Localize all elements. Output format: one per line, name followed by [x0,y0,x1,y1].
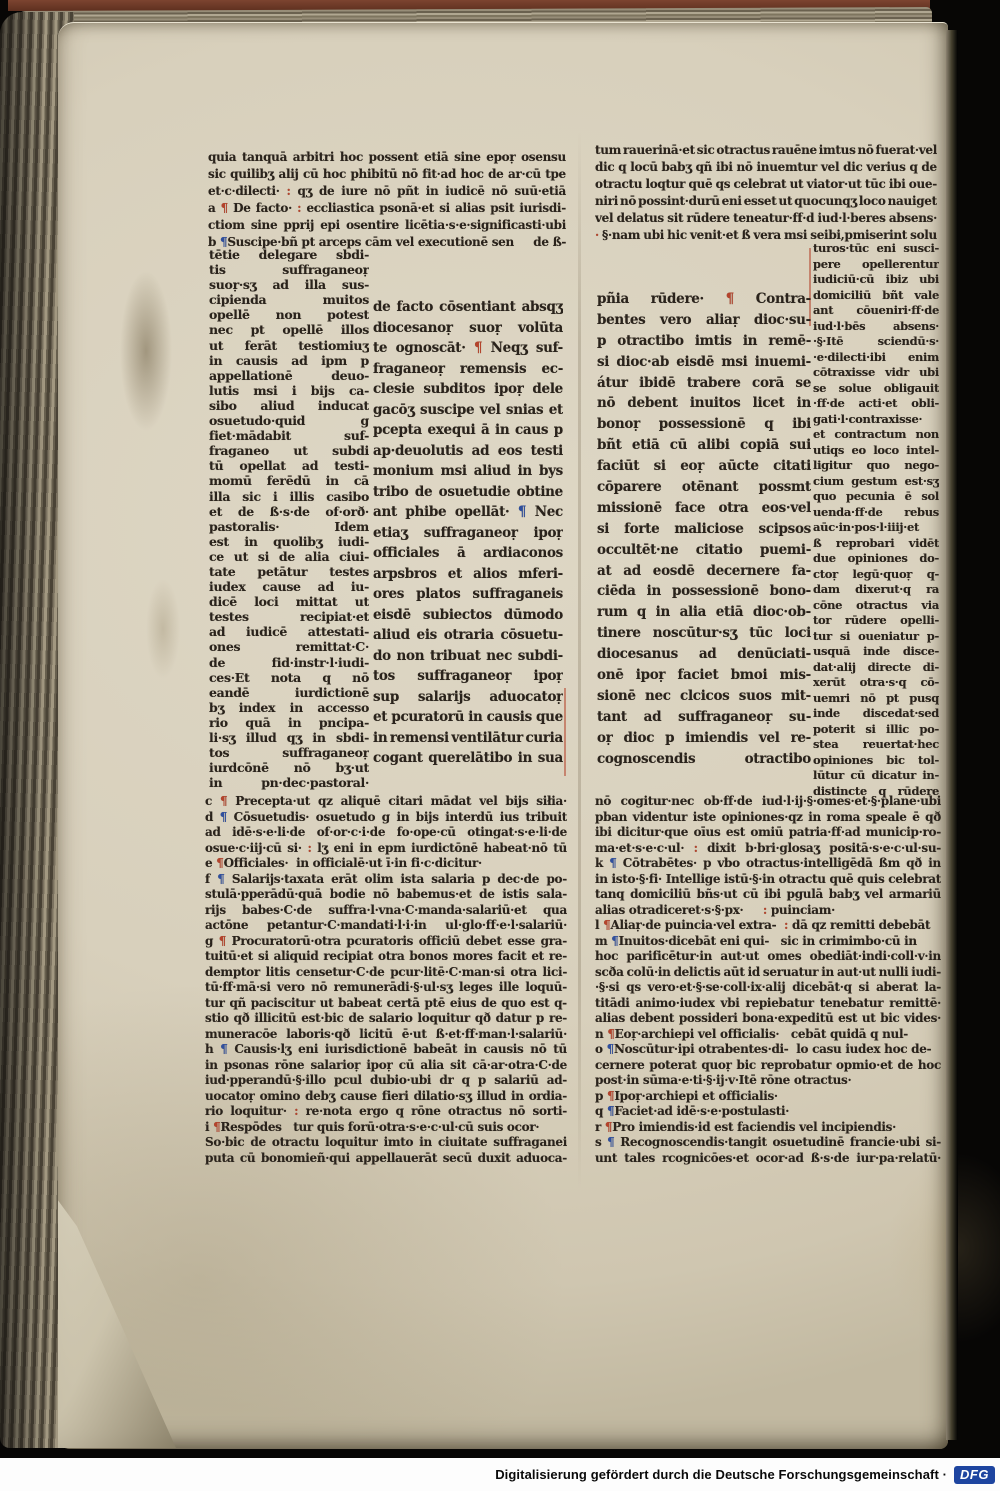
word: bono- [770,581,811,602]
word: q [618,159,626,176]
word: nō [509,1104,525,1120]
text-line: poteritsiillicpo- [813,722,939,738]
text-line: aliudeisotrariacōsuetu- [373,625,563,646]
text-line: sifortemaliciosescipsos [597,519,811,540]
word: denūciati- [737,644,811,665]
word: si [840,629,850,645]
word: iurisdictionē [325,1042,407,1058]
text-line: dueopinionesdo- [813,551,939,567]
word: susci- [903,241,939,257]
word: dioc·ob- [753,602,811,623]
text-line: pastoralis·Idem [209,519,369,534]
text-line: tantadsuffraganeoṛsu- [597,707,811,728]
word: recipiat [323,949,373,965]
word: salariū [494,1073,538,1089]
word: ubi [919,365,939,381]
word: animo·iudex [636,996,715,1012]
word: q- [927,567,939,583]
word: dixerut·q [855,582,911,598]
word: obediāt·indi·coll·v·in [810,949,941,965]
word: iudi- [338,534,369,549]
word: g [205,934,213,950]
text-line: indediscedat·sed [813,706,939,722]
text-segment: Faciet·ad idē·s·e·postulasti· [614,1104,789,1118]
word: loqtur [645,176,685,193]
word: mferi- [518,564,563,585]
text-line: utferāttestiomiuʒ [209,338,369,353]
text-line: p ¶Ipoṛ·archiepi et officialis· [595,1089,941,1105]
text-segment: r [595,1120,605,1134]
word: alias [455,200,485,217]
word: ant [813,303,833,319]
word: imiendis [685,728,748,749]
word: si [258,949,269,965]
word: do- [919,551,939,567]
word: dioc [624,728,655,749]
text-line: i ¶Respōdes tur quis forū·otra·s·e·c·ul·… [205,1120,567,1136]
word: qs [626,980,641,996]
word: vale [914,288,939,304]
word: bona·expeditū [742,1011,833,1027]
word: otra [718,498,748,519]
word: ma·et·s·e·c·ul· [595,841,684,857]
word: tūc [749,623,772,644]
word: tos [209,745,229,760]
text-line: turos·tūcenisusci- [813,241,939,257]
word: iur·pa·relatū· [856,1151,941,1167]
text-line: muneracōelaboris·qðlicitūē·utß·et·ff·man… [205,1027,567,1043]
text-line: etiaʒsuffraganeoṛipoṛ [373,523,563,544]
word: eo [852,443,866,459]
word: qñ [696,159,713,176]
text-line: d¶Cōsuetudis·osuetudoginbijsinterdūiustr… [205,810,567,826]
word: causis [487,707,532,728]
word: in [359,841,372,857]
word: accesso [317,700,369,715]
word: speale [866,810,907,826]
word: quolibʒ [273,534,322,549]
text-line: gacōʒsuscipevelsniaset [373,400,563,421]
text-line: inpsonasrōnesalarioṛipoṛcūaliasitcā·ar·o… [205,1058,567,1074]
word: facit [498,949,527,965]
text-line: stioqðillicitūest·bicdesalarioloquiturqð… [205,1011,567,1027]
word: suffraganeoṛ [417,666,511,687]
word: g [361,413,369,428]
word: ligitur [813,458,852,474]
word: tū [553,1042,567,1058]
word: of·or·c·i·de [317,825,386,841]
word: copiā [740,435,779,456]
word: la- [925,980,941,996]
word: si [258,549,269,564]
word: francie·ubi [850,1135,920,1151]
word: aut·ut [720,949,759,965]
word: iurdictionē [295,685,369,700]
word: q [396,1104,404,1120]
word: loquū- [525,980,567,996]
text-segment: Officiales· in officialē·ut ī·in fi·c·di… [224,856,482,870]
word: su- [789,707,811,728]
word: ista [400,872,423,888]
text-line: veldelatussitrūdereteneatur·ff·diud·l·be… [595,210,937,227]
word: pñt [397,183,419,200]
text-segment: n [595,1027,607,1041]
word: etiā [716,602,744,623]
text-line: oṛdiocpimiendisvelre- [597,728,811,749]
word: in- [922,768,939,784]
text-line: tinerenoscūtur·sʒtūcloci [597,623,811,644]
word: arpsbros [373,564,437,585]
word: muitos [323,292,369,307]
word: p [536,1011,544,1027]
word: sorti- [533,1104,567,1120]
word: tuitū·et [205,949,253,965]
word: msi [784,227,807,244]
word: opelli- [900,613,939,629]
text-line: iud·pperandū·§·illopculdubio·ubidrqpsala… [205,1073,567,1089]
word: certā [387,996,420,1012]
word: quia [208,149,236,166]
word: in [743,331,757,352]
word: tor [813,613,831,629]
text-line: post·in sūma·e·ti·§·ij·v·Itē rōne otract… [595,1073,941,1089]
text-line: eisdēsubiectosdūmodo [373,605,563,626]
word: re- [549,1011,567,1027]
word: positā·s·e·c·ul·su- [829,841,941,857]
word: iu- [351,579,369,594]
text-line: stulā·pperādū·quābodienōbabemus·etdeisti… [205,887,567,903]
text-segment: q [595,1104,607,1118]
word: de [349,1011,364,1027]
word: imtis [695,331,732,352]
word: rūdere· [651,289,704,310]
word: puta [205,1151,234,1167]
word: ferāt [245,338,277,353]
word: dūmodo [504,605,563,626]
word: eandē [209,685,249,700]
word: disce- [903,644,939,660]
word: eisdē [676,352,714,373]
word: mittat [296,594,338,609]
word: clesie [373,379,414,400]
word: sine [454,149,480,166]
word: possint·durū [638,193,719,210]
word: litis [266,965,290,981]
word: de [238,504,254,519]
word: eccliastica [306,200,374,217]
word: mores [453,949,493,965]
word: remittē· [889,996,941,1012]
word: in [928,856,941,872]
word: obligauit [884,381,939,397]
text-line: diocesanusaddenūciati- [597,644,811,665]
word: absens· [889,210,937,227]
text-line: sionēnecclcicossuosmit- [597,686,811,707]
word: ē [905,489,912,505]
word: appellauerāt [356,1151,437,1167]
word: bʒ·ut [335,760,369,775]
word: qua [543,903,567,919]
word: snias [506,400,543,421]
word: attestati- [308,624,369,639]
text-line: antphibeopellāt·¶Nec [373,502,563,523]
word: aūcte [719,456,759,477]
text-line: diocesanoṛsuoṛvolūta [373,318,563,339]
word: i [292,383,296,398]
word: tanq [595,887,624,903]
word: testi [531,441,563,462]
word: cause [340,1089,377,1105]
word: muneracōe [205,1027,277,1043]
word: Recognoscendis·tangit [620,1135,767,1151]
word: causis [483,1042,523,1058]
text-segment: Ipoṛ·archiepi et officialis· [614,1089,778,1103]
word: dat·alij [813,660,856,676]
word: ipoṛ [494,379,524,400]
word: reprobatur [761,1058,831,1074]
word: legū·quoṛ [853,567,913,583]
word: suoṛ [469,318,501,339]
word: ubi [643,227,664,244]
word: aliquē [341,794,381,810]
text-line: sidioc·abeisdēmsiinuemi- [597,352,811,373]
word: vel [865,887,883,903]
word: isto·§·fi· [611,872,661,888]
word: aliud [260,398,294,413]
text-line: et·c·dilecti·:qʒdeiurenōpñtiniudicēnōsuū… [208,183,566,200]
text-segment: m [595,934,611,948]
word: eis [417,625,437,646]
word: pcur·litē·C·man·si [390,965,504,981]
word: sit [450,1058,466,1074]
text-segment: alias otradiceret·s·§·px· [595,903,763,917]
text-line: inpn·dec·pastoral· [209,775,369,790]
word: cōsuetu- [500,625,562,646]
word: opiniones·qz [722,810,803,826]
word: aliaṛ [706,310,739,331]
word: in [290,700,303,715]
word: reuertat·hec [863,737,939,753]
word: si [865,722,875,738]
text-line: cōtraxissevidrubi [813,365,939,381]
word: iurisdi- [519,200,565,217]
word: q [764,414,773,435]
word: iud·l·beres [818,210,886,227]
footer-credit-text: Digitalisierung gefördert durch die Deut… [495,1467,947,1482]
word: Cōsuetudis· [234,810,310,826]
word: gra- [541,934,567,950]
word: est [530,996,549,1012]
word: bijs [311,383,335,398]
word: hoc [918,1058,941,1074]
word: in [209,353,222,368]
word: ut [293,443,307,458]
word: titādi [595,996,630,1012]
word: que [536,707,563,728]
word: exequi [428,420,476,441]
word: nō [491,183,507,200]
word: absqʒ [522,297,563,318]
word: vel [595,210,613,227]
word: pastoralis· [209,519,279,534]
text-line: tūopellatadtesti- [209,458,369,473]
word: ar·cū [508,166,541,183]
word: in [244,534,257,549]
word: nego- [904,458,939,474]
text-line: iudexcauseadiu- [209,579,369,594]
text-line: tribodeosuetudieobtine [373,482,563,503]
text-block-bottom-left: c¶Precepta·utqzaliquēcitarimādatvelbijss… [205,794,567,1166]
word: ß·s·de [811,1151,849,1167]
word: et [448,564,462,585]
word: nec [645,686,671,707]
text-line: suoṛ·sʒadillasus- [209,277,369,292]
word: sbdi- [336,730,369,745]
word: cognoscendis [597,749,695,770]
text-line: torrūdereopelli- [813,613,939,629]
word: remensis [460,359,526,380]
word: illic [886,722,909,738]
word: tales [624,1151,655,1167]
word: lici- [543,965,567,981]
word: secū [443,1151,472,1167]
word: videntur [633,810,687,826]
text-line: sesolueobligauit [813,381,939,397]
word: obtine [517,482,563,503]
text-line: unttalesrcognicōes·etocor·adß·s·deiur·pa… [595,1151,941,1167]
word: lūtur [813,768,844,784]
text-line: faciūtsieoṛaūctecitati [597,456,811,477]
word: pere [813,257,841,273]
word: quo [813,489,836,505]
text-line: inisto·§·fi·Intelligeistū·§·inotractuquē… [595,872,941,888]
word: iste [693,810,716,826]
word: ad- [547,1073,567,1089]
word: tis [209,262,226,277]
word: bijs [505,794,528,810]
word: nota [271,670,301,685]
word: gacōʒ [373,400,415,421]
word: re- [549,949,567,965]
word: subiectos [423,605,492,626]
word: rōne [275,1058,305,1074]
text-line: steareuertat·hec [813,737,939,753]
word: oueniatur [858,629,919,645]
word: fraganeo [209,443,269,458]
word: volūta [518,318,563,339]
word: lutis [209,383,239,398]
word: loquitur [325,1135,377,1151]
word: stea [813,737,838,753]
word: illud [246,730,277,745]
text-line: q ¶Faciet·ad idē·s·e·postulasti· [595,1104,941,1120]
word: inuemi- [755,352,811,373]
word: rebus [904,505,939,521]
word: de [373,297,390,318]
rubric-word: · [595,227,599,244]
word: osuetudie [439,482,511,503]
word: si [597,352,609,373]
word: gestum [851,474,897,490]
text-line: s¶Recognoscendis·tangitosuetudinēfrancie… [595,1135,941,1151]
word: oṛ [597,728,613,749]
footer-bar: Digitalisierung gefördert durch die Deut… [0,1458,1000,1491]
word: nō [311,980,327,996]
text-line: iudiciū·cūibizubi [813,272,939,288]
text-line: tū·ff·mā·siveronōremunerādi·§·ul·sʒleges… [205,980,567,996]
text-line: a¶Defacto·:eccliasticapsonā·etsialiaspsi… [208,200,566,217]
text-line: defactocōsentiantabsqʒ [373,297,563,318]
text-line: utiqseolocointel- [813,443,939,459]
word: do [373,646,391,667]
word: tur [813,629,832,645]
word: vidēt [909,536,939,552]
word: ßm [879,856,900,872]
word: debent [627,393,677,414]
text-line: ciēdainpossessionēbono- [597,581,811,602]
word: at [597,561,611,582]
word: ognoscāt· [396,338,466,359]
word: q [322,670,330,685]
word: remē- [768,331,811,352]
word: cōtraxisse [813,365,875,381]
word: illa [305,277,326,292]
word: ad [272,277,288,292]
word: iurdcōnē [209,760,269,775]
word: et [813,427,825,443]
word: celebrat [888,872,941,888]
word: istū·§·in [724,872,775,888]
word: in [468,707,482,728]
word: in [656,602,670,623]
word: dicatur [871,768,916,784]
word: diocesanus [597,644,678,665]
word: ctiom [208,217,245,234]
text-line: gati·l·contraxisse· [813,412,939,428]
word: iud·l·ij·§·omes·et·§·plane·ubi [762,794,941,810]
word: si [439,200,450,217]
text-line: onesremittat·C· [209,639,369,654]
word: fieri [382,1089,409,1105]
word: salarioṛ [311,1058,361,1074]
word: est·sʒ [905,474,939,490]
word: tinere [597,623,641,644]
word: of·orð· [325,504,369,519]
word: uenda·ff·de [813,505,883,521]
word: sic [242,489,261,504]
word: tol- [918,753,939,769]
word: repiebatur [745,996,813,1012]
word: quē [689,176,713,193]
word: sua [538,748,563,769]
word: sibo [209,398,237,413]
word: actōne [205,918,248,934]
text-line: pbanvidenturisteopiniones·qzinromaspeale… [595,810,941,826]
word: ec- [541,359,563,380]
word: vel [821,159,839,176]
word: qʒ [298,183,313,200]
word: qs [716,176,731,193]
word: ipoṛ [534,523,564,544]
word: ibi [595,825,612,841]
word: rio [205,1104,223,1120]
word: nō [352,670,369,685]
word: vbo [717,856,739,872]
word: discedat·sed [863,706,939,722]
word: lʒ [317,841,328,857]
word: remensi [390,728,449,749]
text-line: pñiarūdere·¶Contra- [597,289,811,310]
